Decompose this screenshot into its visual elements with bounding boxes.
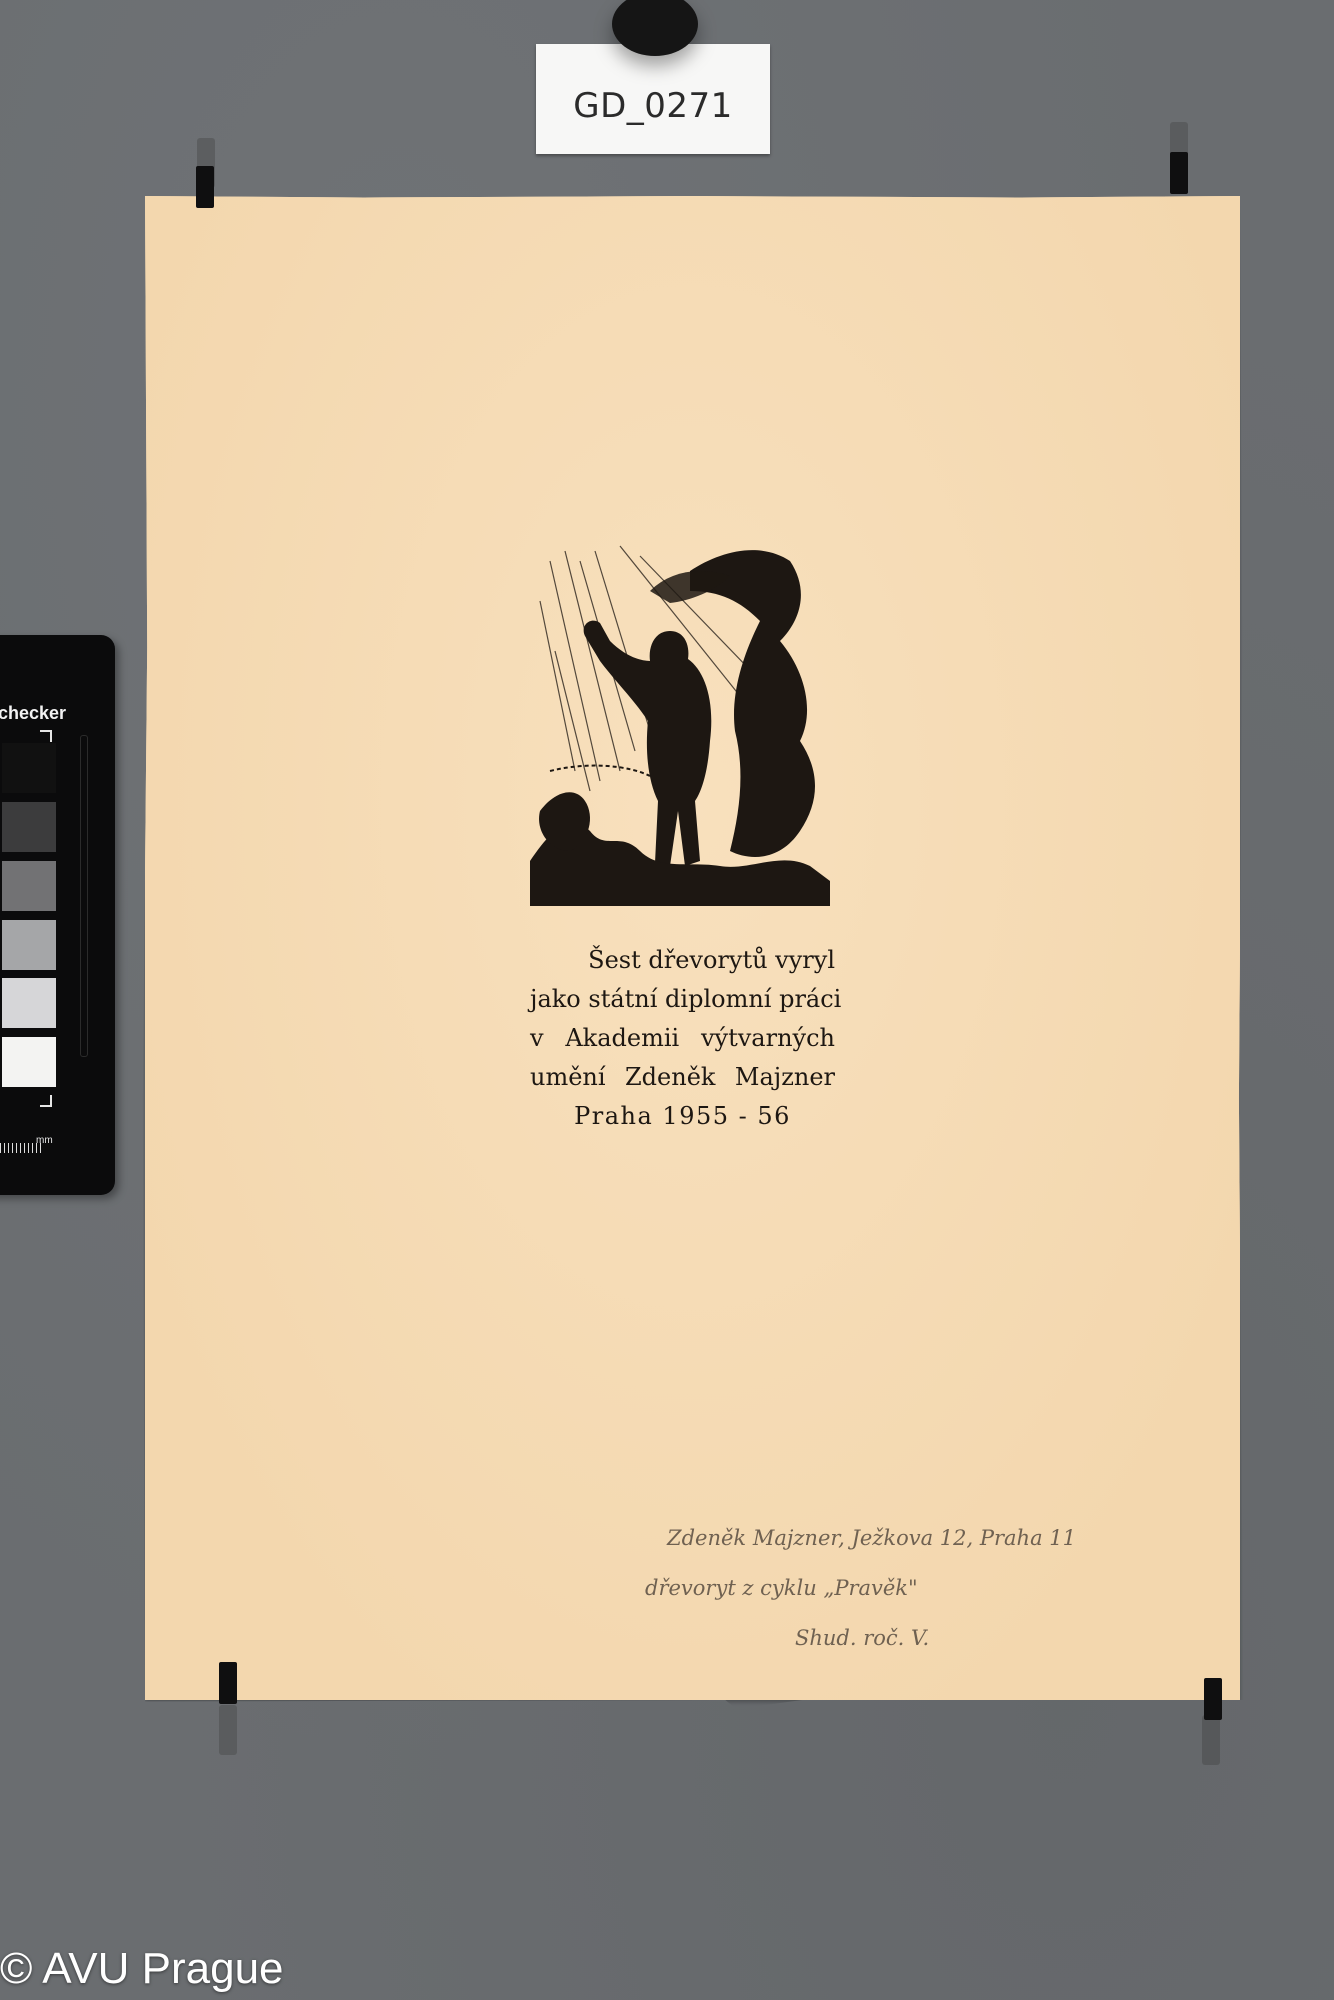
gray-swatch-4: [2, 920, 56, 970]
checker-brand: checker: [0, 703, 66, 724]
wood-engraving-illustration: [530, 531, 830, 906]
caption-line: v Akademii výtvarných: [530, 1019, 835, 1058]
mounting-clip-bottom-right: [1204, 1678, 1222, 1720]
caption-line: Šest dřevorytů vyryl: [530, 941, 835, 980]
checker-corner-mark: [40, 1095, 52, 1107]
mounting-clip-top-left: [196, 166, 214, 208]
mounting-clip-top-right: [1170, 152, 1188, 194]
caption-line: Praha 1955 - 56: [530, 1097, 835, 1136]
note-line: dřevoryt z cyklu „Pravěk": [645, 1576, 918, 1600]
clip-shadow: [219, 1705, 237, 1755]
note-line: Zdeněk Majzner, Ježkova 12, Praha 11: [667, 1526, 1076, 1550]
paper-sheet: Šest dřevorytů vyryl jako státní diplomn…: [145, 196, 1240, 1700]
gray-swatch-6: [2, 1037, 56, 1087]
color-checker-card: checker mm: [0, 635, 115, 1195]
gray-swatch-5: [2, 978, 56, 1028]
inventory-label: GD_0271: [536, 44, 770, 154]
gray-swatch-2: [2, 802, 56, 852]
checker-unit: mm: [36, 1135, 53, 1146]
gray-swatch-1: [2, 743, 56, 793]
caption-line: jako státní diplomní práci: [530, 980, 835, 1019]
checker-corner-mark: [40, 730, 52, 742]
mounting-clip-bottom-left: [219, 1662, 237, 1704]
inventory-number: GD_0271: [573, 86, 733, 126]
caption-line: umění Zdeněk Majzner: [530, 1058, 835, 1097]
copyright-watermark: © AVU Prague: [0, 1944, 284, 1994]
note-line: Shud. roč. V.: [795, 1626, 929, 1650]
gray-swatch-3: [2, 861, 56, 911]
print-caption: Šest dřevorytů vyryl jako státní diplomn…: [530, 941, 835, 1136]
checker-rail: [80, 735, 88, 1057]
clip-shadow: [1202, 1715, 1220, 1765]
